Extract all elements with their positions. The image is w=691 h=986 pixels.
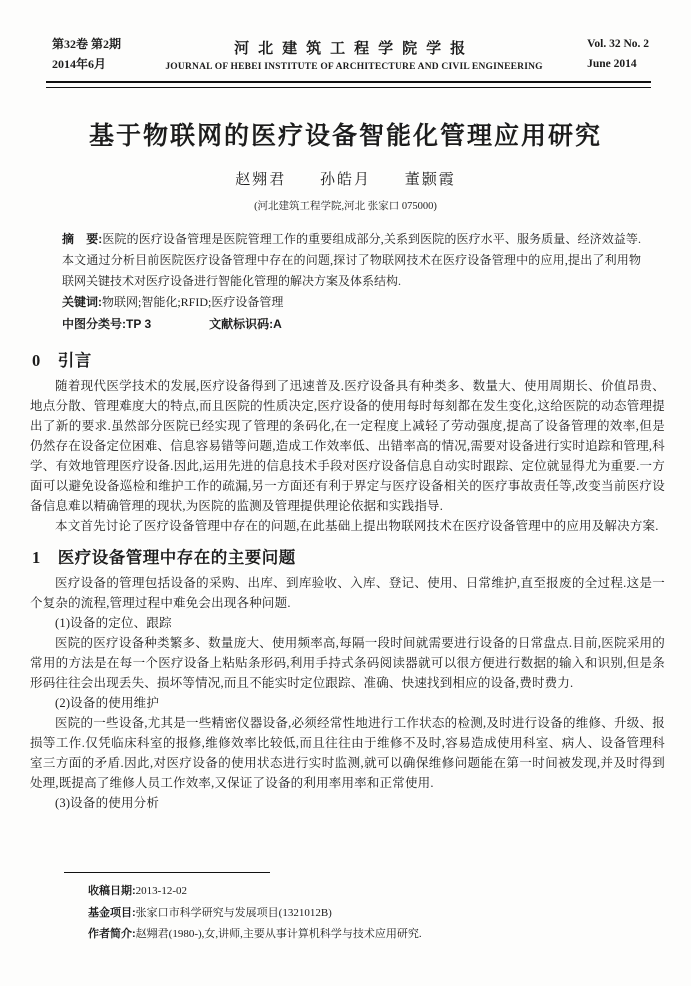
section-number: 0 xyxy=(32,351,41,370)
journal-title-en: JOURNAL OF HEBEI INSTITUTE OF ARCHITECTU… xyxy=(129,62,579,72)
journal-date-en: June 2014 xyxy=(587,54,649,74)
subitem-heading: (1)设备的定位、跟踪 xyxy=(30,613,665,633)
abstract-paragraph: 摘 要:医院的医疗设备管理是医院管理工作的重要组成部分,关系到医院的医疗水平、服… xyxy=(62,229,641,292)
doc-code-value: A xyxy=(273,317,282,331)
abstract-text: 医院的医疗设备管理是医院管理工作的重要组成部分,关系到医院的医疗水平、服务质量、… xyxy=(62,232,641,288)
author-bio-line: 作者简介:赵翙君(1980-),女,讲师,主要从事计算机科学与技术应用研究. xyxy=(88,924,651,946)
clc-line: 中图分类号:TP 3文献标识码:A xyxy=(62,314,641,335)
fund-label: 基金项目: xyxy=(88,907,136,919)
journal-vol-block: Vol. 32 No. 2 June 2014 xyxy=(587,34,649,74)
clc-label: 中图分类号: xyxy=(62,317,126,331)
subitem-heading: (2)设备的使用维护 xyxy=(30,693,665,713)
section-heading-1: 1医疗设备管理中存在的主要问题 xyxy=(32,544,665,568)
section-introduction: 0引言 随着现代医学技术的发展,医疗设备得到了迅速普及.医疗设备具有种类多、数量… xyxy=(30,347,665,536)
article-title: 基于物联网的医疗设备智能化管理应用研究 xyxy=(0,116,691,152)
author-name-3: 董颢霞 xyxy=(405,172,456,188)
fund-line: 基金项目:张家口市科学研究与发展项目(1321012B) xyxy=(88,903,651,925)
section-title: 引言 xyxy=(58,351,92,370)
author-bio-value: 赵翙君(1980-),女,讲师,主要从事计算机科学与技术应用研究. xyxy=(136,928,422,940)
abstract-label: 摘 要: xyxy=(62,232,102,246)
authors-line: 赵翙君 孙皓月 董颢霞 xyxy=(0,168,691,189)
section-problems: 1医疗设备管理中存在的主要问题 医疗设备的管理包括设备的采购、出库、到库验收、入… xyxy=(30,544,665,813)
keywords-text: 物联网;智能化;RFID;医疗设备管理 xyxy=(102,295,283,309)
fund-value: 张家口市科学研究与发展项目(1321012B) xyxy=(136,907,332,919)
body-paragraph: 医院的医疗设备种类繁多、数量庞大、使用频率高,每隔一段时间就需要进行设备的日常盘… xyxy=(30,633,665,693)
doc-code-label: 文献标识码: xyxy=(209,317,273,331)
author-bio-label: 作者简介: xyxy=(88,928,136,940)
abstract-block: 摘 要:医院的医疗设备管理是医院管理工作的重要组成部分,关系到医院的医疗水平、服… xyxy=(62,229,641,335)
keywords-label: 关键词: xyxy=(62,295,102,309)
article-body: 0引言 随着现代医学技术的发展,医疗设备得到了迅速普及.医疗设备具有种类多、数量… xyxy=(0,335,691,813)
section-title: 医疗设备管理中存在的主要问题 xyxy=(58,548,296,567)
footnote-lines: 收稿日期:2013-12-02 基金项目:张家口市科学研究与发展项目(13210… xyxy=(0,873,691,946)
journal-date-cn: 2014年6月 xyxy=(52,54,121,74)
keywords-line: 关键词:物联网;智能化;RFID;医疗设备管理 xyxy=(62,292,641,313)
received-date-label: 收稿日期: xyxy=(88,885,136,897)
journal-vol-en: Vol. 32 No. 2 xyxy=(587,34,649,54)
clc-value: TP 3 xyxy=(126,317,151,331)
body-paragraph: 本文首先讨论了医疗设备管理中存在的问题,在此基础上提出物联网技术在医疗设备管理中… xyxy=(30,516,665,536)
page-footnote: 收稿日期:2013-12-02 基金项目:张家口市科学研究与发展项目(13210… xyxy=(0,872,691,946)
affiliation: (河北建筑工程学院,河北 张家口 075000) xyxy=(0,198,691,213)
journal-title-block: 河北建筑工程学院学报 JOURNAL OF HEBEI INSTITUTE OF… xyxy=(121,37,587,72)
received-date-line: 收稿日期:2013-12-02 xyxy=(88,881,651,903)
received-date-value: 2013-12-02 xyxy=(136,885,187,897)
journal-header: 第32卷 第2期 2014年6月 河北建筑工程学院学报 JOURNAL OF H… xyxy=(0,0,691,74)
journal-title-cn: 河北建筑工程学院学报 xyxy=(129,37,579,58)
header-divider xyxy=(46,81,651,88)
body-paragraph: 医院的一些设备,尤其是一些精密仪器设备,必须经常性地进行工作状态的检测,及时进行… xyxy=(30,713,665,793)
journal-issue-block: 第32卷 第2期 2014年6月 xyxy=(52,34,121,74)
author-name-1: 赵翙君 xyxy=(235,172,286,188)
author-name-2: 孙皓月 xyxy=(320,172,371,188)
body-paragraph: 随着现代医学技术的发展,医疗设备得到了迅速普及.医疗设备具有种类多、数量大、使用… xyxy=(30,376,665,516)
body-paragraph: 医疗设备的管理包括设备的采购、出库、到库验收、入库、登记、使用、日常维护,直至报… xyxy=(30,573,665,613)
journal-volume-issue: 第32卷 第2期 xyxy=(52,34,121,54)
subitem-heading: (3)设备的使用分析 xyxy=(30,793,665,813)
journal-page: 第32卷 第2期 2014年6月 河北建筑工程学院学报 JOURNAL OF H… xyxy=(0,0,691,986)
section-heading-0: 0引言 xyxy=(32,347,665,371)
section-number: 1 xyxy=(32,548,41,567)
